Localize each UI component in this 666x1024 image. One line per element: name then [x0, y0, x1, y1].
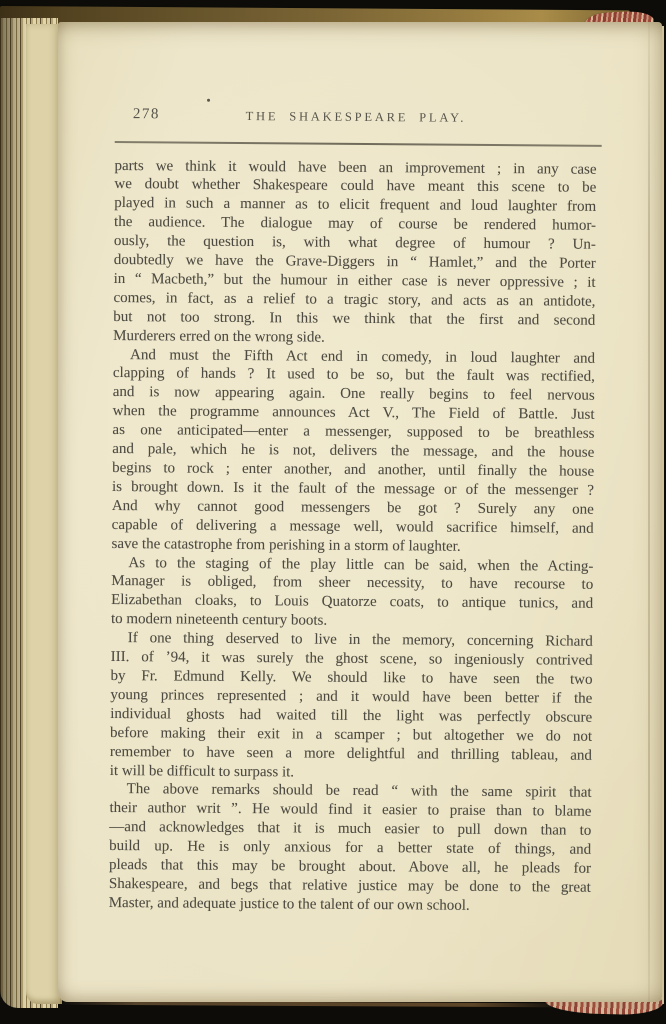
- book-photo-stage: 278 THE SHAKESPEARE PLAY. parts we think…: [0, 0, 666, 1024]
- text-line: Master, and adequate justice to the tale…: [109, 894, 591, 917]
- header-rule: [115, 141, 602, 146]
- paragraph: parts we think it would have been an imp…: [113, 156, 596, 349]
- paragraph: As to the staging of the play little can…: [111, 554, 594, 633]
- running-title: THE SHAKESPEARE PLAY.: [246, 109, 467, 126]
- page-fold-line: [648, 22, 650, 1002]
- underlying-page-edge: [26, 24, 62, 1004]
- page-header: 278 THE SHAKESPEARE PLAY.: [115, 106, 597, 128]
- ink-speck: [207, 99, 210, 102]
- page-number: 278: [133, 106, 160, 123]
- text-block: parts we think it would have been an imp…: [109, 156, 597, 916]
- paragraph: The above remarks should be read “ with …: [109, 780, 592, 916]
- page-content: 278 THE SHAKESPEARE PLAY. parts we think…: [109, 106, 597, 917]
- paragraph: If one thing deserved to live in the mem…: [110, 629, 593, 784]
- paragraph: And must the Fifth Act end in comedy, in…: [111, 346, 595, 558]
- book-page: 278 THE SHAKESPEARE PLAY. parts we think…: [58, 22, 662, 1002]
